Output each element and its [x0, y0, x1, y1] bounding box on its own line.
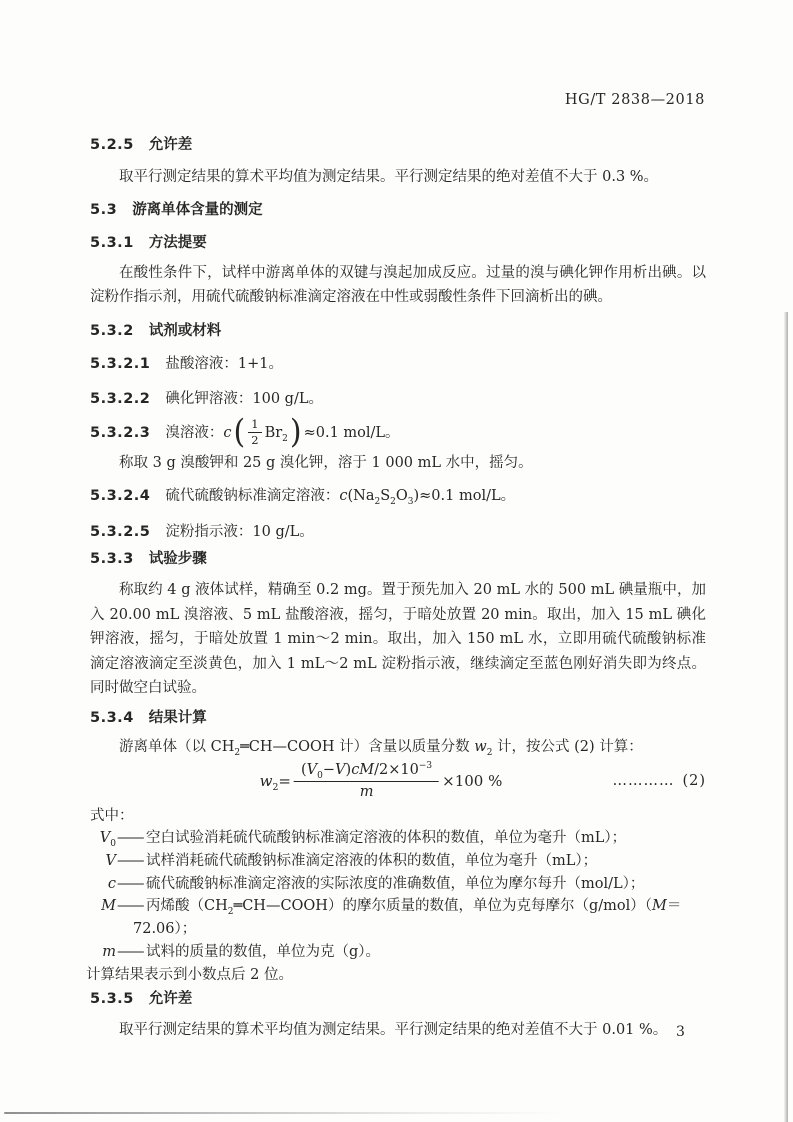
section-title: 允许差 [149, 136, 193, 155]
formula-fraction: (V0−V)cM/2×10−3 m [294, 761, 439, 801]
definition-m-lower: m —— 试料的质量的数值，单位为克（g）。 [86, 941, 706, 964]
section-title: 结果计算 [149, 709, 207, 728]
section-number: 5.3.5 [90, 990, 134, 1009]
equation-number: (2) [682, 773, 706, 789]
section-title: 试剂或材料 [149, 322, 222, 341]
scan-artifact-right-edge [784, 312, 788, 1122]
section-heading-5-2-5: 5.2.5 允许差 [90, 136, 706, 155]
formula-value: ≈0.1 mol/L。 [304, 423, 400, 443]
formula-number-tag: ………… (2) [612, 773, 706, 789]
formula-prefix: 溴溶液：c [165, 423, 231, 443]
section-number: 5.3.2 [90, 322, 134, 341]
result-precision-note: 计算结果表示到小数点后 2 位。 [86, 964, 706, 986]
section-title: 允许差 [149, 990, 193, 1009]
right-parenthesis: ) [290, 416, 302, 448]
fraction-denominator: m [360, 782, 374, 801]
reagent-item-5-3-2-3: 5.3.2.3 溴溶液：c ( 1 2 Br2 ) ≈0.1 mol/L。 [90, 418, 706, 448]
formula-lhs: w2= [260, 772, 291, 790]
formula-2-block: w2= (V0−V)cM/2×10−3 m ×100 % ………… (2) [90, 761, 706, 805]
section-number: 5.3.3 [90, 550, 134, 569]
scan-artifact-bottom-edge [4, 1112, 564, 1114]
paragraph-formula-intro: 游离单体（以 CH2═CH—COOH 计）含量以质量分数 w2 计，按公式 (2… [90, 735, 706, 760]
section-heading-5-3-4: 5.3.4 结果计算 [90, 709, 706, 728]
paragraph-bromine-preparation: 称取 3 g 溴酸钾和 25 g 溴化钾，溶于 1 000 mL 水中，摇匀。 [90, 451, 706, 476]
item-text: 盐酸溶液：1+1。 [165, 354, 283, 374]
one-half-fraction: 1 2 [248, 418, 261, 447]
section-heading-5-3-3: 5.3.3 试验步骤 [90, 550, 706, 569]
item-number: 5.3.2.3 [90, 423, 150, 443]
reagent-item-5-3-2-4: 5.3.2.4 硫代硫酸钠标准滴定溶液：c(Na2S2O3)≈0.1 mol/L… [90, 486, 706, 506]
page-content: 5.2.5 允许差 取平行测定结果的算术平均值为测定结果。平行测定结果的绝对差值… [90, 0, 706, 1042]
paragraph-procedure: 称取约 4 g 液体试样，精确至 0.2 mg。置于预先加入 20 mL 水的 … [90, 578, 706, 701]
item-text: 淀粉指示液：10 g/L。 [165, 522, 313, 542]
paragraph-tolerance-5-2-5: 取平行测定结果的算术平均值为测定结果。平行测定结果的绝对差值不大于 0.3 %。 [90, 165, 706, 190]
definition-v: V —— 试样消耗硫代硫酸钠标准滴定溶液的体积的数值，单位为毫升（mL）； [86, 850, 706, 873]
variable-definitions: V0 —— 空白试验消耗硫代硫酸钠标准滴定溶液的体积的数值，单位为毫升（mL）；… [86, 827, 706, 986]
bromine-concentration-formula: 溴溶液：c ( 1 2 Br2 ) ≈0.1 mol/L。 [165, 418, 399, 448]
standard-document-page: HG/T 2838—2018 5.2.5 允许差 取平行测定结果的算术平均值为测… [0, 0, 793, 1122]
reagent-item-5-3-2-1: 5.3.2.1 盐酸溶液：1+1。 [90, 354, 706, 374]
section-number: 5.3 [90, 201, 117, 220]
item-number: 5.3.2.5 [90, 522, 150, 542]
section-number: 5.2.5 [90, 136, 134, 155]
item-text: 硫代硫酸钠标准滴定溶液：c(Na2S2O3)≈0.1 mol/L。 [165, 486, 515, 506]
paragraph-tolerance-5-3-5: 取平行测定结果的算术平均值为测定结果。平行测定结果的绝对差值不大于 0.01 %… [90, 1018, 706, 1043]
formula-species: Br2 [265, 423, 288, 443]
definition-v0: V0 —— 空白试验消耗硫代硫酸钠标准滴定溶液的体积的数值，单位为毫升（mL）； [86, 827, 706, 850]
section-heading-5-3-1: 5.3.1 方法提要 [90, 234, 706, 253]
section-heading-5-3: 5.3 游离单体含量的测定 [90, 201, 706, 220]
where-label: 式中： [90, 805, 706, 827]
section-number: 5.3.4 [90, 709, 134, 728]
section-number: 5.3.1 [90, 234, 134, 253]
definition-c: c —— 硫代硫酸钠标准滴定溶液的实际浓度的准确数值，单位为摩尔每升（mol/L… [86, 873, 706, 896]
reagent-item-5-3-2-5: 5.3.2.5 淀粉指示液：10 g/L。 [90, 522, 706, 542]
item-number: 5.3.2.2 [90, 389, 150, 409]
section-title: 游离单体含量的测定 [132, 201, 263, 220]
item-text: 碘化钾溶液：100 g/L。 [165, 389, 323, 409]
definition-m-upper: M —— 丙烯酸（CH2═CH—COOH）的摩尔质量的数值，单位为克每摩尔（g/… [86, 895, 706, 918]
reagent-item-5-3-2-2: 5.3.2.2 碘化钾溶液：100 g/L。 [90, 389, 706, 409]
section-heading-5-3-5: 5.3.5 允许差 [90, 990, 706, 1009]
definition-m-upper-continuation: 72.06）； [86, 918, 706, 941]
section-title: 方法提要 [149, 234, 207, 253]
formula-multiplier: ×100 % [442, 772, 502, 790]
formula-2: w2= (V0−V)cM/2×10−3 m ×100 % [260, 761, 503, 801]
item-number: 5.3.2.1 [90, 354, 150, 374]
paragraph-method-summary: 在酸性条件下，试样中游离单体的双键与溴起加成反应。过量的溴与碘化钾作用析出碘。以… [90, 261, 706, 310]
fraction-numerator: (V0−V)cM/2×10−3 [294, 761, 439, 782]
section-heading-5-3-2: 5.3.2 试剂或材料 [90, 322, 706, 341]
page-number: 3 [676, 1024, 685, 1040]
section-title: 试验步骤 [149, 550, 207, 569]
leader-dots: ………… [612, 773, 674, 789]
left-parenthesis: ( [234, 416, 246, 448]
item-number: 5.3.2.4 [90, 486, 150, 506]
